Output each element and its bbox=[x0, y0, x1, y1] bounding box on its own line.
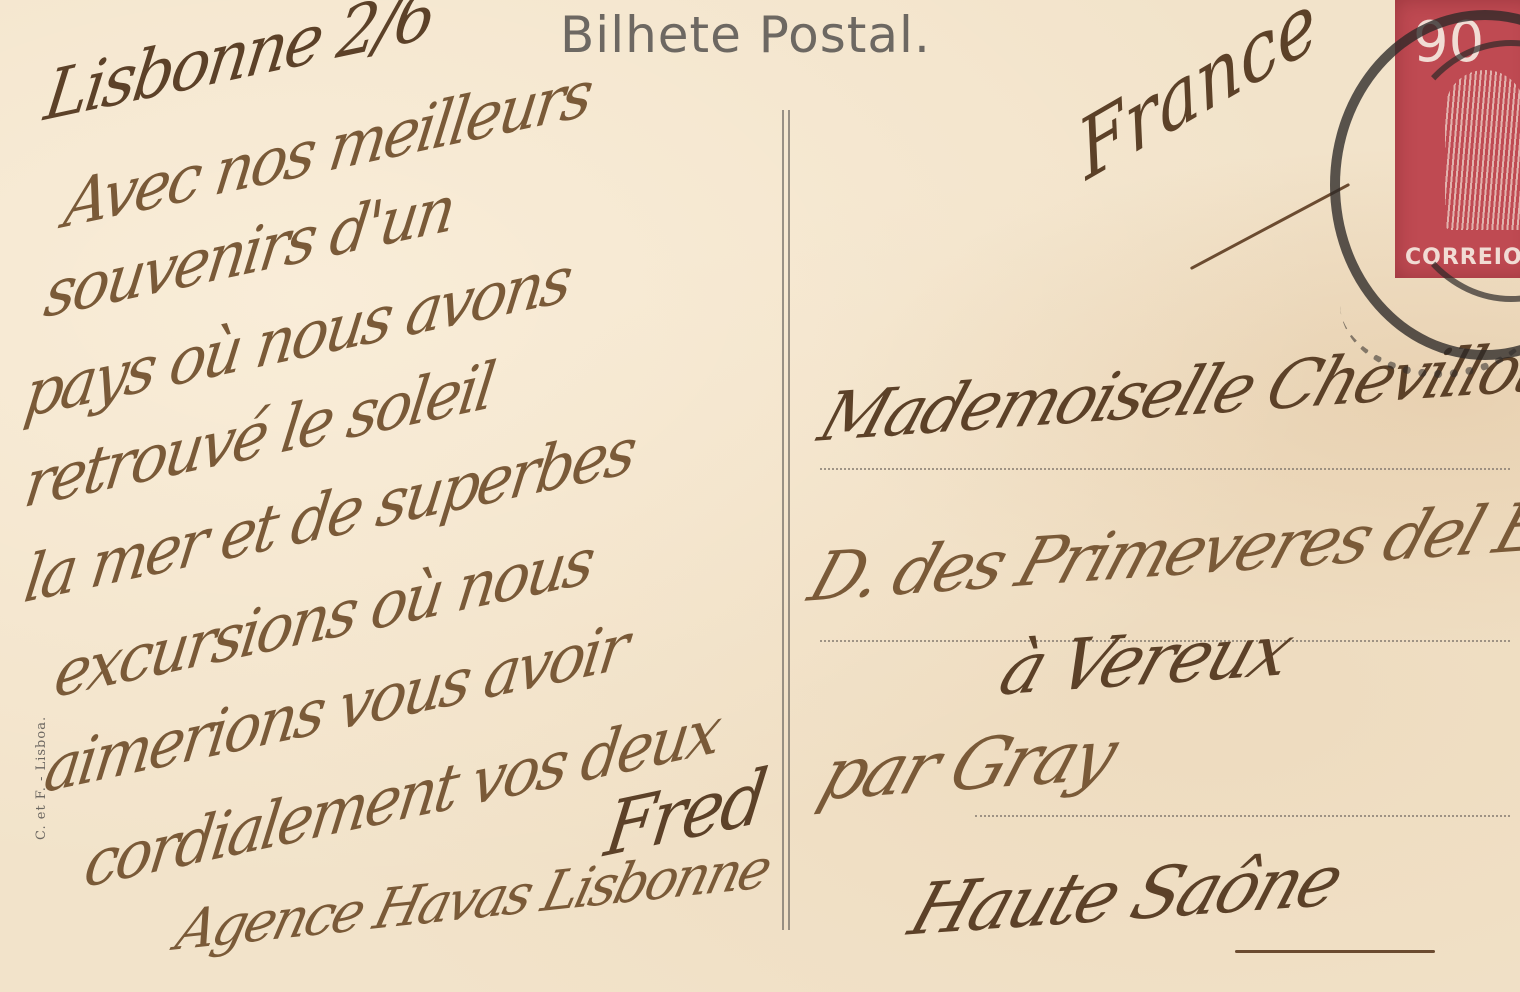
country-underline bbox=[1190, 183, 1350, 270]
country: France bbox=[1071, 0, 1325, 199]
center-divider-line bbox=[782, 110, 790, 930]
postcard-back: Bilhete Postal. C. et F. - Lisboa. Lisbo… bbox=[0, 0, 1520, 992]
region-underline bbox=[1235, 950, 1435, 953]
address-town: à Vereux bbox=[990, 608, 1302, 712]
address-street: D. des Primeveres del E. bbox=[800, 486, 1520, 617]
address-region: Haute Saône bbox=[900, 838, 1351, 952]
address-via: par Gray bbox=[810, 713, 1126, 817]
address-line-dotted bbox=[975, 815, 1510, 817]
printed-title: Bilhete Postal. bbox=[560, 6, 931, 64]
address-line-dotted bbox=[820, 468, 1510, 470]
